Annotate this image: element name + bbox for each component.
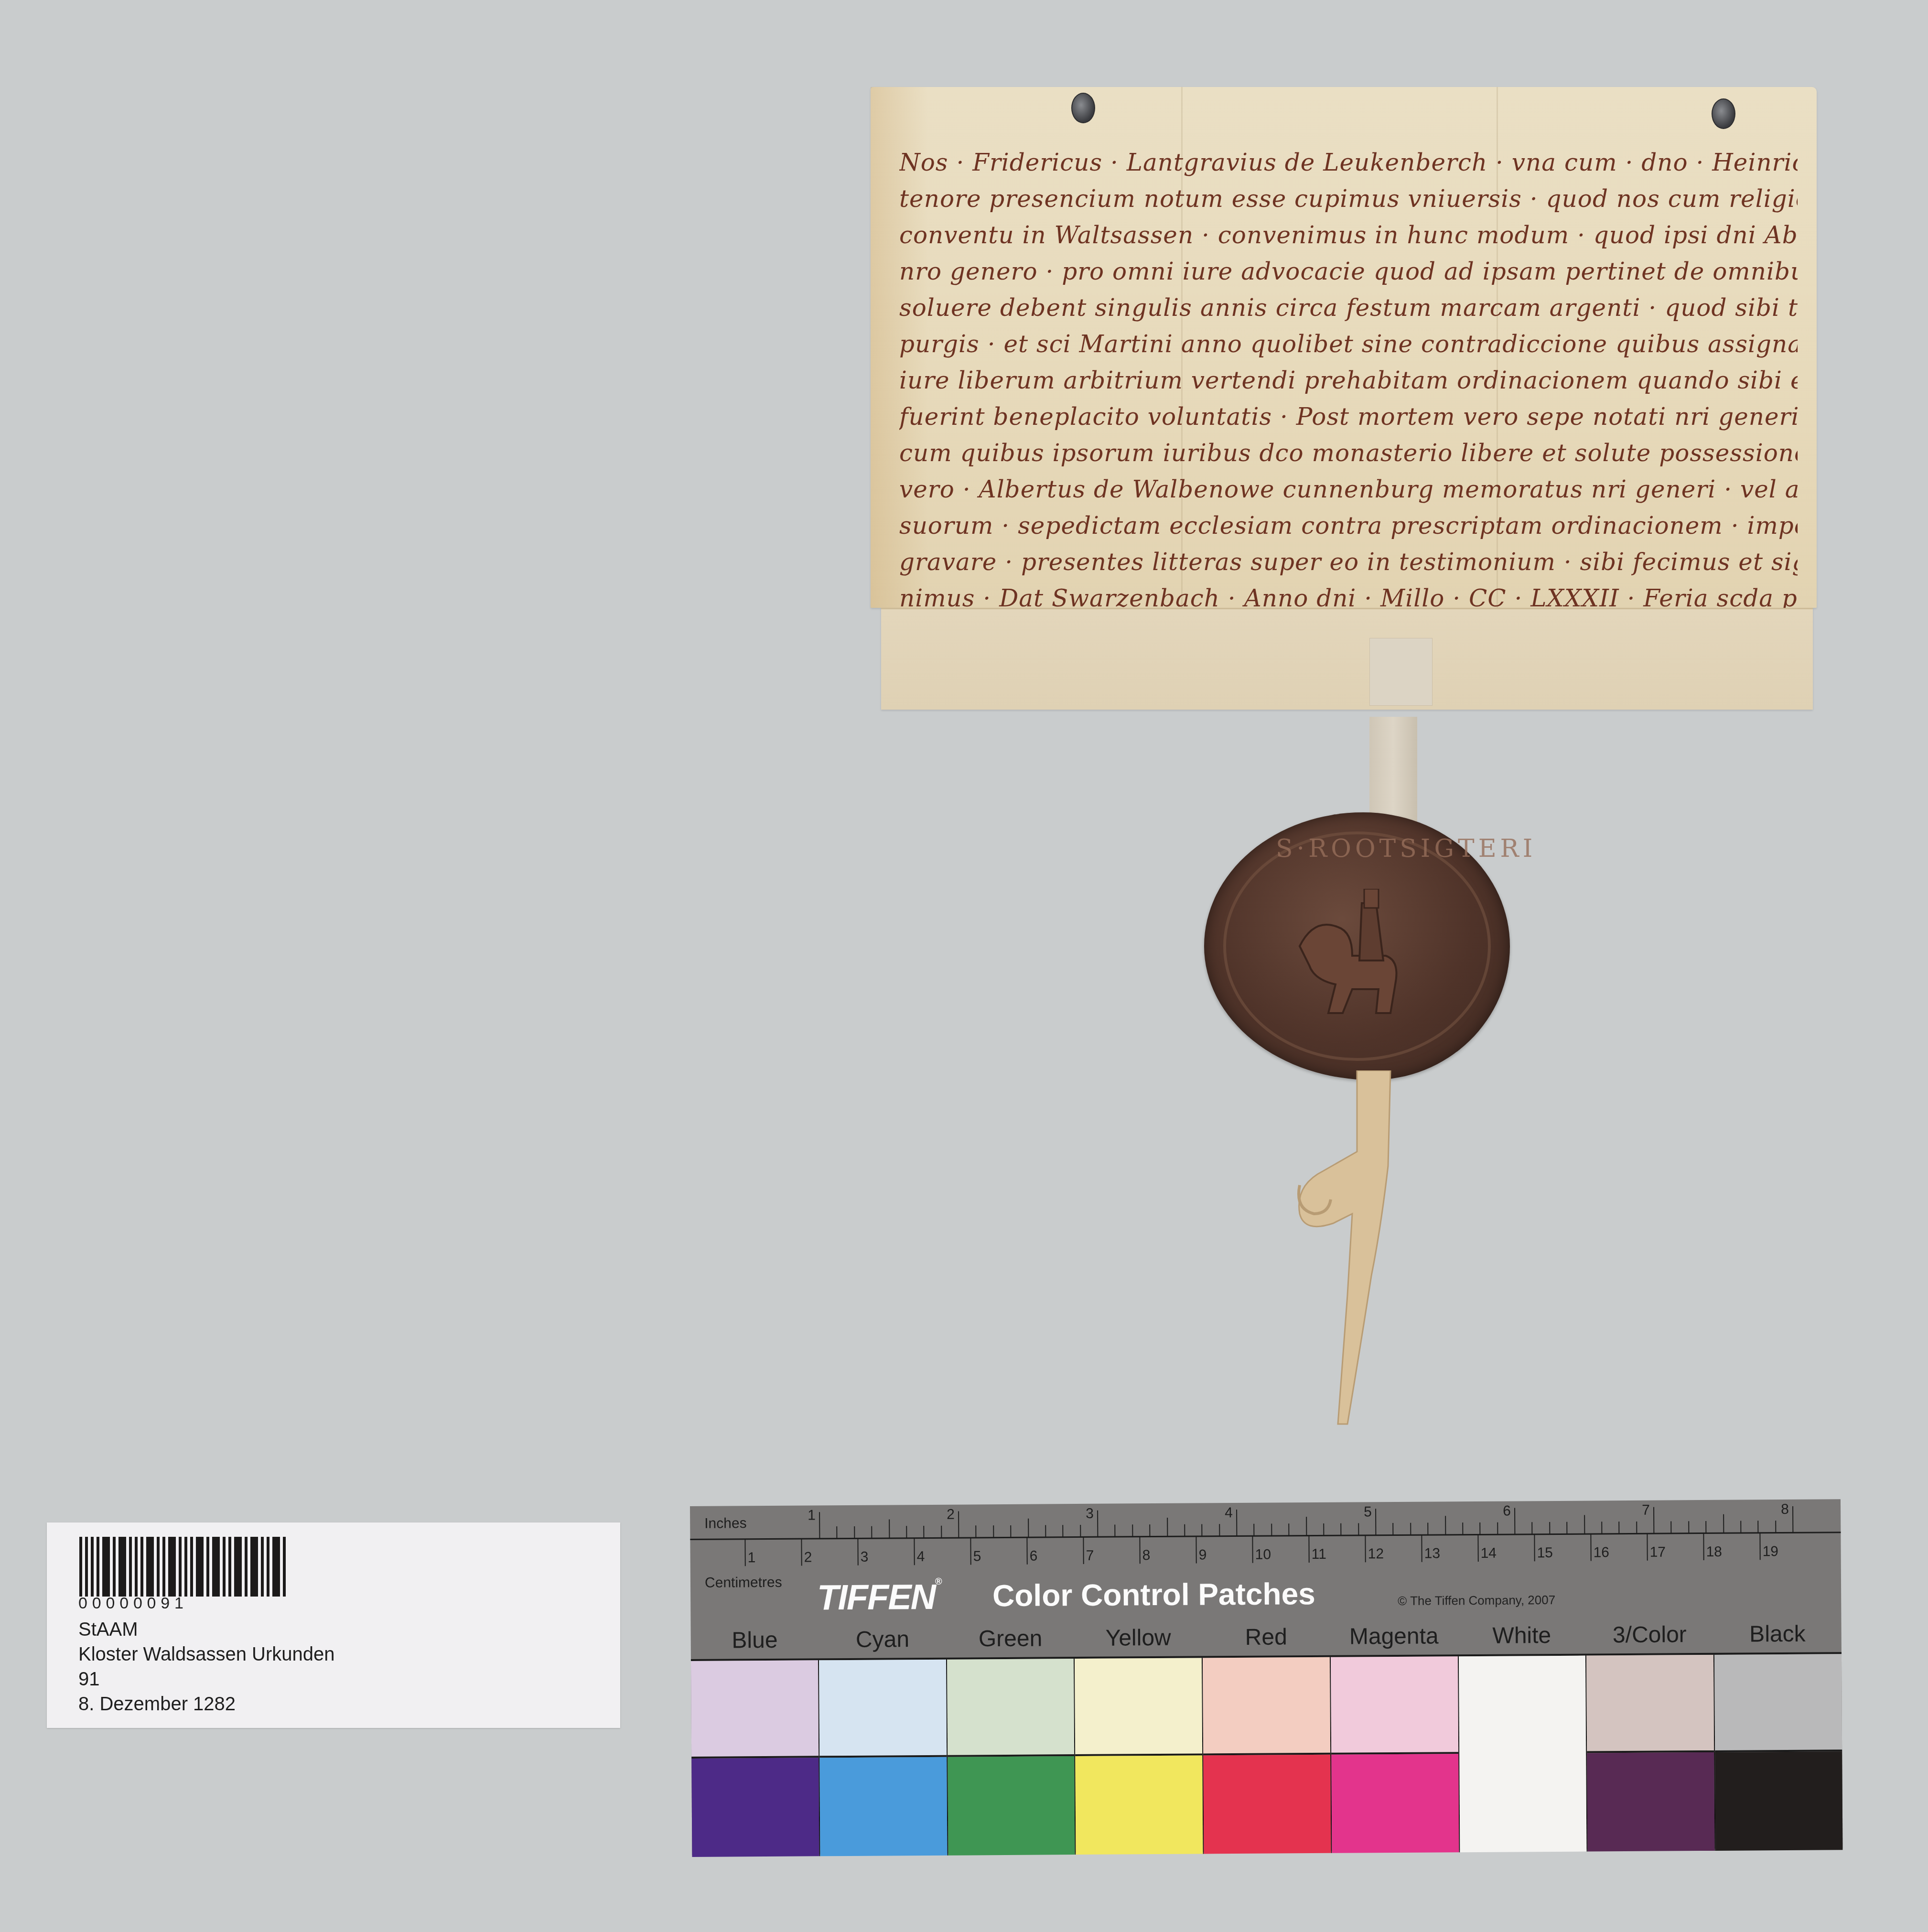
cm-tick <box>914 1538 915 1565</box>
cm-mark: 13 <box>1424 1545 1441 1562</box>
barcode-bar <box>79 1537 82 1597</box>
cm-mark: 5 <box>973 1548 981 1565</box>
cm-mark: 6 <box>1030 1548 1038 1565</box>
ruler-subtick <box>1584 1515 1585 1534</box>
ruler-subtick <box>1149 1524 1150 1537</box>
ruler-subtick <box>1740 1521 1741 1533</box>
patch-column-yellow <box>1075 1658 1204 1855</box>
ruler-subtick <box>1497 1522 1498 1535</box>
seal-legend: S·ROOTSIGTERI <box>1276 834 1536 863</box>
charter-text-line: suorum · sepedictam ecclesiam contra pre… <box>899 507 1798 544</box>
ruler-subtick <box>1757 1521 1758 1533</box>
tiffen-color-card: Inches 123456781234567891011121314151617… <box>690 1499 1842 1855</box>
barcode-bar <box>234 1537 242 1597</box>
ruler-subtick <box>1636 1522 1637 1534</box>
ruler-subtick <box>1445 1516 1446 1535</box>
ruler-baseline <box>690 1532 1841 1540</box>
patch-label-green: Green <box>947 1625 1075 1660</box>
barcode-bar <box>245 1537 248 1597</box>
inch-mark: 2 <box>947 1507 955 1523</box>
charter-text-line: cum quibus ipsorum iuribus dco monasteri… <box>899 435 1798 471</box>
inch-tick <box>1514 1508 1515 1534</box>
archive-label: 00000091 StAAM Kloster Waldsassen Urkund… <box>47 1522 620 1728</box>
barcode-bar <box>91 1537 94 1597</box>
light-swatch <box>1459 1656 1587 1853</box>
barcode-bar <box>157 1537 160 1597</box>
cm-mark: 17 <box>1650 1544 1666 1561</box>
cm-tick <box>1534 1534 1535 1561</box>
inch-mark: 3 <box>1086 1506 1094 1522</box>
inch-tick <box>1375 1509 1376 1535</box>
ruler-subtick <box>941 1526 942 1538</box>
ruler-subtick <box>1358 1523 1359 1535</box>
barcode-bar <box>146 1537 154 1597</box>
ruler-subtick <box>1271 1524 1272 1536</box>
ruler-subtick <box>854 1526 855 1539</box>
patch-label-3-color: 3/Color <box>1585 1621 1713 1656</box>
patch-column-3-color <box>1586 1655 1715 1852</box>
inch-tick <box>1236 1510 1237 1536</box>
ruler-subtick <box>993 1525 994 1538</box>
dark-swatch <box>1203 1755 1331 1854</box>
inch-mark: 1 <box>808 1507 816 1523</box>
barcode-bar <box>140 1537 143 1597</box>
seal-strap-tail <box>1290 1070 1400 1434</box>
ruler-subtick <box>976 1525 977 1538</box>
dark-swatch <box>1331 1754 1459 1853</box>
light-swatch <box>1331 1656 1458 1755</box>
barcode-bar <box>102 1537 110 1597</box>
patch-column-white <box>1459 1656 1588 1853</box>
dark-swatch <box>1076 1755 1203 1855</box>
patch-column-black <box>1714 1654 1842 1851</box>
ruler-subtick <box>1532 1522 1533 1534</box>
ruler-subtick <box>1688 1521 1689 1533</box>
measurement-ruler: Inches 123456781234567891011121314151617… <box>690 1499 1841 1578</box>
light-swatch <box>1075 1658 1202 1756</box>
cm-mark: 14 <box>1481 1545 1497 1562</box>
barcode-bar <box>212 1537 220 1597</box>
ruler-subtick <box>1323 1523 1324 1536</box>
inch-mark: 7 <box>1642 1502 1650 1519</box>
inch-mark: 6 <box>1503 1503 1511 1520</box>
inch-mark: 4 <box>1225 1505 1233 1521</box>
barcode-digit: 9 <box>161 1594 170 1613</box>
patch-label-yellow: Yellow <box>1074 1624 1202 1659</box>
registered-mark: ® <box>935 1576 941 1587</box>
ruler-subtick <box>1393 1523 1394 1535</box>
cm-mark: 19 <box>1763 1543 1779 1560</box>
light-swatch <box>691 1660 819 1759</box>
cm-tick <box>1196 1537 1196 1564</box>
inches-label: Inches <box>704 1515 747 1532</box>
ruler-subtick <box>1705 1521 1706 1533</box>
ruler-subtick <box>1010 1525 1011 1538</box>
ruler-subtick <box>1201 1524 1202 1536</box>
barcode-bar <box>261 1537 264 1597</box>
charter-text-line: iure liberum arbitrium vertendi prehabit… <box>899 362 1798 399</box>
barcode-bar <box>118 1537 126 1597</box>
cm-tick <box>1026 1538 1027 1565</box>
ruler-subtick <box>1462 1522 1463 1535</box>
cm-tick <box>1590 1534 1591 1561</box>
light-swatch <box>1714 1654 1842 1752</box>
barcode-bar <box>196 1537 204 1597</box>
document-number: 91 <box>78 1669 100 1690</box>
cm-tick <box>857 1539 858 1565</box>
light-swatch <box>1586 1655 1714 1753</box>
ruler-subtick <box>1601 1522 1602 1534</box>
charter-text-line: soluere debent singulis annis circa fest… <box>899 290 1798 326</box>
barcode-bar <box>272 1537 280 1597</box>
ruler-subtick <box>1340 1523 1341 1536</box>
seal-strap-slot <box>1369 638 1433 706</box>
cm-tick <box>1421 1535 1422 1562</box>
dark-swatch <box>819 1757 947 1856</box>
barcode-bar <box>113 1537 116 1597</box>
barcode-digit: 1 <box>174 1594 183 1613</box>
barcode-digit: 0 <box>106 1594 115 1613</box>
barcode-bar <box>228 1537 231 1597</box>
wax-seal: S·ROOTSIGTERI <box>1204 812 1510 1080</box>
barcode-bar <box>179 1537 182 1597</box>
charter-text-line: gravare · presentes litteras super eo in… <box>899 544 1798 580</box>
charter-text-line: conventu in Waltsassen · convenimus in h… <box>899 217 1798 253</box>
ruler-subtick <box>1045 1525 1046 1537</box>
barcode-bar <box>168 1537 176 1597</box>
plica-fold <box>881 608 1813 710</box>
barcode-bar <box>223 1537 226 1597</box>
inch-tick <box>1653 1507 1654 1534</box>
barcode-bar <box>267 1537 269 1597</box>
archive-name: StAAM <box>78 1619 138 1641</box>
patch-column-magenta <box>1331 1656 1460 1853</box>
patch-label-blue: Blue <box>691 1627 819 1661</box>
color-patches <box>691 1652 1842 1857</box>
light-swatch <box>1203 1657 1330 1756</box>
cm-mark: 11 <box>1312 1546 1326 1563</box>
cm-mark: 8 <box>1142 1547 1151 1564</box>
barcode-bar <box>162 1537 165 1597</box>
charter-text-line: tenore presencium notum esse cupimus vni… <box>899 181 1798 217</box>
ruler-subtick <box>1306 1517 1307 1536</box>
ruler-subtick <box>1028 1519 1029 1538</box>
ruler-subtick <box>924 1526 925 1538</box>
patch-label-white: White <box>1458 1622 1586 1657</box>
collection-name: Kloster Waldsassen Urkunden <box>78 1644 335 1665</box>
ruler-subtick <box>1479 1522 1480 1535</box>
ruler-subtick <box>1167 1518 1168 1537</box>
charter-text: Nos · Fridericus · Lantgravius de Leuken… <box>899 144 1798 616</box>
cm-tick <box>1308 1536 1309 1563</box>
ruler-subtick <box>1288 1523 1289 1536</box>
ruler-subtick <box>1080 1525 1081 1537</box>
barcode-digit: 0 <box>78 1594 87 1613</box>
ruler-subtick <box>1775 1521 1776 1533</box>
ruler-subtick <box>1549 1522 1550 1534</box>
ruler-subtick <box>1132 1524 1133 1537</box>
barcode-bar <box>190 1537 193 1597</box>
cm-mark: 15 <box>1537 1545 1553 1561</box>
cm-tick <box>1083 1537 1084 1564</box>
brand-name: TIFFEN <box>817 1577 935 1618</box>
cm-mark: 1 <box>748 1550 756 1566</box>
cm-mark: 2 <box>804 1549 812 1565</box>
patch-label-magenta: Magenta <box>1330 1623 1458 1657</box>
charter-document: Nos · Fridericus · Lantgravius de Leuken… <box>871 87 1817 708</box>
barcode-bar <box>283 1537 286 1597</box>
barcode-digit: 0 <box>119 1594 129 1613</box>
cm-tick <box>744 1539 745 1566</box>
ruler-subtick <box>1427 1523 1428 1535</box>
document-date: 8. Dezember 1282 <box>78 1694 236 1715</box>
dark-swatch <box>948 1756 1075 1856</box>
ruler-subtick <box>837 1526 838 1539</box>
mounting-rivet-icon <box>1071 93 1095 123</box>
charter-text-line: vero · Albertus de Walbenowe cunnenburg … <box>899 471 1798 507</box>
ruler-subtick <box>1671 1521 1672 1533</box>
cm-mark: 3 <box>861 1549 869 1565</box>
charter-text-line: Nos · Fridericus · Lantgravius de Leuken… <box>899 144 1798 181</box>
cm-mark: 7 <box>1086 1548 1094 1564</box>
centimetres-label: Centimetres <box>705 1575 782 1591</box>
ruler-subtick <box>1063 1525 1064 1537</box>
card-title: Color Control Patches <box>992 1576 1315 1613</box>
patch-column-blue <box>691 1660 820 1857</box>
cm-mark: 16 <box>1594 1544 1610 1561</box>
cm-tick <box>1647 1534 1648 1561</box>
cm-tick <box>1252 1536 1253 1563</box>
barcode-bar <box>135 1537 138 1597</box>
ruler-subtick <box>1184 1524 1185 1537</box>
dark-swatch <box>1587 1752 1715 1852</box>
barcode <box>79 1537 289 1597</box>
mounting-rivet-icon <box>1712 98 1735 129</box>
equestrian-figure-icon <box>1281 889 1424 1032</box>
inch-tick <box>819 1512 820 1539</box>
ruler-subtick <box>1410 1523 1411 1535</box>
cm-tick <box>1139 1537 1140 1564</box>
ruler-subtick <box>889 1519 890 1538</box>
ruler-subtick <box>1115 1525 1116 1537</box>
barcode-digit: 0 <box>92 1594 101 1613</box>
cm-tick <box>1759 1533 1760 1560</box>
inch-tick <box>1792 1506 1793 1533</box>
barcode-number: 00000091 <box>78 1594 183 1613</box>
dark-swatch <box>691 1758 819 1857</box>
inch-mark: 8 <box>1781 1501 1789 1518</box>
barcode-digit: 0 <box>147 1594 156 1613</box>
patch-label-black: Black <box>1713 1620 1842 1655</box>
barcode-bar <box>85 1537 88 1597</box>
barcode-bar <box>184 1537 187 1597</box>
cm-tick <box>970 1538 971 1565</box>
cm-mark: 18 <box>1706 1544 1723 1560</box>
barcode-bar <box>97 1537 99 1597</box>
ruler-subtick <box>871 1526 872 1539</box>
dark-swatch <box>1715 1751 1842 1851</box>
cm-mark: 4 <box>917 1549 925 1565</box>
patch-label-cyan: Cyan <box>819 1626 947 1661</box>
ruler-subtick <box>906 1526 907 1538</box>
cm-tick <box>1477 1535 1478 1562</box>
light-swatch <box>947 1659 1075 1757</box>
cm-mark: 10 <box>1255 1547 1271 1563</box>
ruler-subtick <box>1566 1522 1567 1534</box>
cm-tick <box>801 1539 802 1566</box>
patch-column-cyan <box>819 1660 948 1856</box>
inch-tick <box>958 1511 959 1538</box>
patch-column-red <box>1203 1657 1332 1854</box>
cm-mark: 12 <box>1368 1546 1384 1562</box>
inch-tick <box>1097 1511 1098 1537</box>
tiffen-logo: TIFFEN® <box>817 1576 941 1618</box>
patch-label-red: Red <box>1202 1624 1330 1658</box>
light-swatch <box>819 1660 947 1758</box>
ruler-subtick <box>1219 1524 1220 1536</box>
cm-tick <box>1703 1533 1704 1560</box>
ruler-subtick <box>1618 1522 1619 1534</box>
cm-mark: 9 <box>1199 1547 1207 1563</box>
charter-text-line: purgis · et sci Martini anno quolibet si… <box>899 326 1798 362</box>
ruler-subtick <box>1254 1524 1255 1536</box>
copyright-notice: © The Tiffen Company, 2007 <box>1398 1593 1555 1608</box>
charter-text-line: fuerint beneplacito voluntatis · Post mo… <box>899 399 1798 435</box>
barcode-bar <box>206 1537 209 1597</box>
barcode-bar <box>129 1537 132 1597</box>
parchment-sheet: Nos · Fridericus · Lantgravius de Leuken… <box>871 87 1817 608</box>
barcode-digit: 0 <box>133 1594 142 1613</box>
barcode-bar <box>250 1537 258 1597</box>
inch-mark: 5 <box>1364 1504 1372 1520</box>
patch-column-green <box>947 1659 1076 1856</box>
charter-text-line: nro genero · pro omni iure advocacie quo… <box>899 253 1798 290</box>
cm-tick <box>1365 1535 1366 1562</box>
ruler-subtick <box>1723 1514 1724 1533</box>
